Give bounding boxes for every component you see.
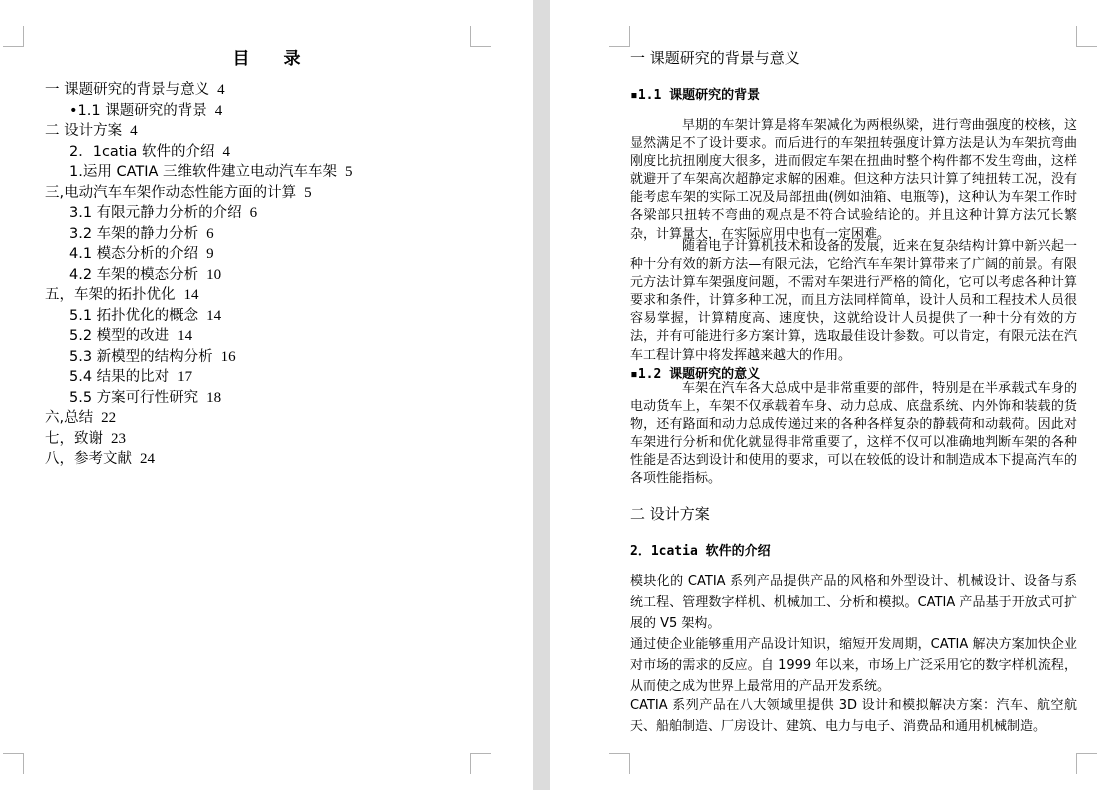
page-body: 一 课题研究的背景与意义 ▪1.1 课题研究的背景 早期的车架计算是将车架减化为…	[550, 0, 1112, 790]
toc-entry[interactable]: 4.1 模态分析的介绍9	[45, 244, 353, 265]
toc-entry[interactable]: 4.2 车架的模态分析10	[45, 265, 353, 286]
toc-entry-page-number: 18	[206, 390, 221, 406]
toc-entry[interactable]: 1.运用 CATIA 三维软件建立电动汽车车架5	[45, 162, 353, 183]
toc-entry-page-number: 4	[223, 144, 231, 160]
toc-entry-page-number: 22	[101, 410, 116, 426]
toc-entry[interactable]: •1.1 课题研究的背景4	[45, 101, 353, 122]
toc-entry-page-number: 17	[177, 369, 192, 385]
toc-entry[interactable]: 2．1catia 软件的介绍4	[45, 142, 353, 163]
toc-entry[interactable]: 八，参考文献24	[45, 449, 353, 470]
toc-entry-title: 六,总结	[45, 410, 93, 426]
toc-entry-title: 5.4 结果的比对	[69, 369, 169, 385]
toc-entry-page-number: 14	[184, 287, 199, 303]
toc-entry[interactable]: 5.5 方案可行性研究18	[45, 388, 353, 409]
toc-entry-page-number: 6	[206, 226, 214, 242]
toc-entry[interactable]: 3.1 有限元静力分析的介绍6	[45, 203, 353, 224]
toc-entry-title: 3.2 车架的静力分析	[69, 226, 198, 242]
toc-entry-title: 4.1 模态分析的介绍	[69, 246, 198, 262]
paragraph: 车架在汽车各大总成中是非常重要的部件，特别是在半承载式车身的电动货车上，车架不仅…	[630, 380, 1077, 489]
toc-entry-page-number: 10	[206, 267, 221, 283]
toc-entry-title: 4.2 车架的模态分析	[69, 267, 198, 283]
toc-entry-title: 3.1 有限元静力分析的介绍	[69, 205, 242, 221]
toc-entry-page-number: 16	[221, 349, 236, 365]
toc-entry-page-number: 4	[130, 123, 138, 139]
toc-entry-title: 5.5 方案可行性研究	[69, 390, 198, 406]
toc-entry-title: 三,电动汽车车架作动态性能方面的计算	[45, 185, 296, 201]
toc-title-char: 目	[233, 49, 250, 69]
margin-corner-mark	[470, 753, 491, 774]
toc-entry[interactable]: 五，车架的拓扑优化14	[45, 285, 353, 306]
toc-entry-page-number: 6	[250, 205, 258, 221]
toc-entry-page-number: 4	[215, 103, 223, 119]
toc-entry[interactable]: 七，致谢23	[45, 429, 353, 450]
margin-corner-mark	[609, 753, 630, 774]
toc-entry-title: 5.3 新模型的结构分析	[69, 349, 213, 365]
toc-entry[interactable]: 5.3 新模型的结构分析16	[45, 347, 353, 368]
toc-entry-title: 1.运用 CATIA 三维软件建立电动汽车车架	[69, 164, 337, 180]
heading-1-1: ▪1.1 课题研究的背景	[630, 84, 1077, 103]
margin-corner-mark	[3, 753, 24, 774]
toc-title-char: 录	[283, 49, 300, 69]
toc-entry-title: 2．1catia 软件的介绍	[69, 144, 215, 160]
heading-2-1: 2．1catia 软件的介绍	[630, 540, 1077, 559]
toc-entry-title: 五，车架的拓扑优化	[45, 287, 176, 303]
toc-entry-page-number: 24	[140, 451, 155, 467]
toc-entry[interactable]: 5.4 结果的比对17	[45, 367, 353, 388]
toc-entry-title: 一 课题研究的背景与意义	[45, 82, 209, 98]
toc-list: 一 课题研究的背景与意义4•1.1 课题研究的背景4二 设计方案42．1cati…	[45, 80, 353, 470]
toc-title: 目 录	[0, 44, 533, 69]
toc-entry-page-number: 5	[304, 185, 312, 201]
toc-entry-title: 八，参考文献	[45, 451, 132, 467]
toc-entry-page-number: 5	[345, 164, 353, 180]
page-gutter	[533, 0, 550, 790]
toc-entry-page-number: 4	[217, 82, 225, 98]
toc-entry-page-number: 14	[177, 328, 192, 344]
toc-entry-title: 5.2 模型的改进	[69, 328, 169, 344]
toc-entry[interactable]: 二 设计方案4	[45, 121, 353, 142]
paragraph: CATIA 系列产品在八大领域里提供 3D 设计和模拟解决方案：汽车、航空航天、…	[630, 696, 1077, 738]
toc-entry[interactable]: 5.1 拓扑优化的概念14	[45, 306, 353, 327]
paragraph: 早期的车架计算是将车架减化为两根纵梁，进行弯曲强度的校核，这显然满足不了设计要求…	[630, 117, 1077, 244]
toc-entry-page-number: 23	[111, 431, 126, 447]
paragraph: 随着电子计算机技术和设备的发展，近来在复杂结构计算中新兴起一种十分有效的新方法—…	[630, 238, 1077, 365]
toc-entry-page-number: 9	[206, 246, 214, 262]
margin-corner-mark	[1076, 26, 1097, 47]
margin-corner-mark	[1076, 753, 1097, 774]
toc-entry[interactable]: 六,总结22	[45, 408, 353, 429]
paragraph: 通过使企业能够重用产品设计知识，缩短开发周期，CATIA 解决方案加快企业对市场…	[630, 635, 1077, 698]
paragraph: 模块化的 CATIA 系列产品提供产品的风格和外型设计、机械设计、设备与系统工程…	[630, 572, 1077, 635]
toc-entry[interactable]: 一 课题研究的背景与意义4	[45, 80, 353, 101]
toc-entry-title: 5.1 拓扑优化的概念	[69, 308, 198, 324]
heading-2: 二 设计方案	[630, 503, 1077, 524]
toc-entry[interactable]: 3.2 车架的静力分析6	[45, 224, 353, 245]
toc-entry-title: 七，致谢	[45, 431, 103, 447]
toc-entry-page-number: 14	[206, 308, 221, 324]
toc-entry[interactable]: 三,电动汽车车架作动态性能方面的计算5	[45, 183, 353, 204]
heading-1: 一 课题研究的背景与意义	[630, 47, 1077, 68]
toc-entry-title: 二 设计方案	[45, 123, 122, 139]
page-toc: 目 录 一 课题研究的背景与意义4•1.1 课题研究的背景4二 设计方案42．1…	[0, 0, 533, 790]
toc-entry[interactable]: 5.2 模型的改进14	[45, 326, 353, 347]
margin-corner-mark	[609, 26, 630, 47]
toc-entry-title: •1.1 课题研究的背景	[69, 103, 207, 119]
